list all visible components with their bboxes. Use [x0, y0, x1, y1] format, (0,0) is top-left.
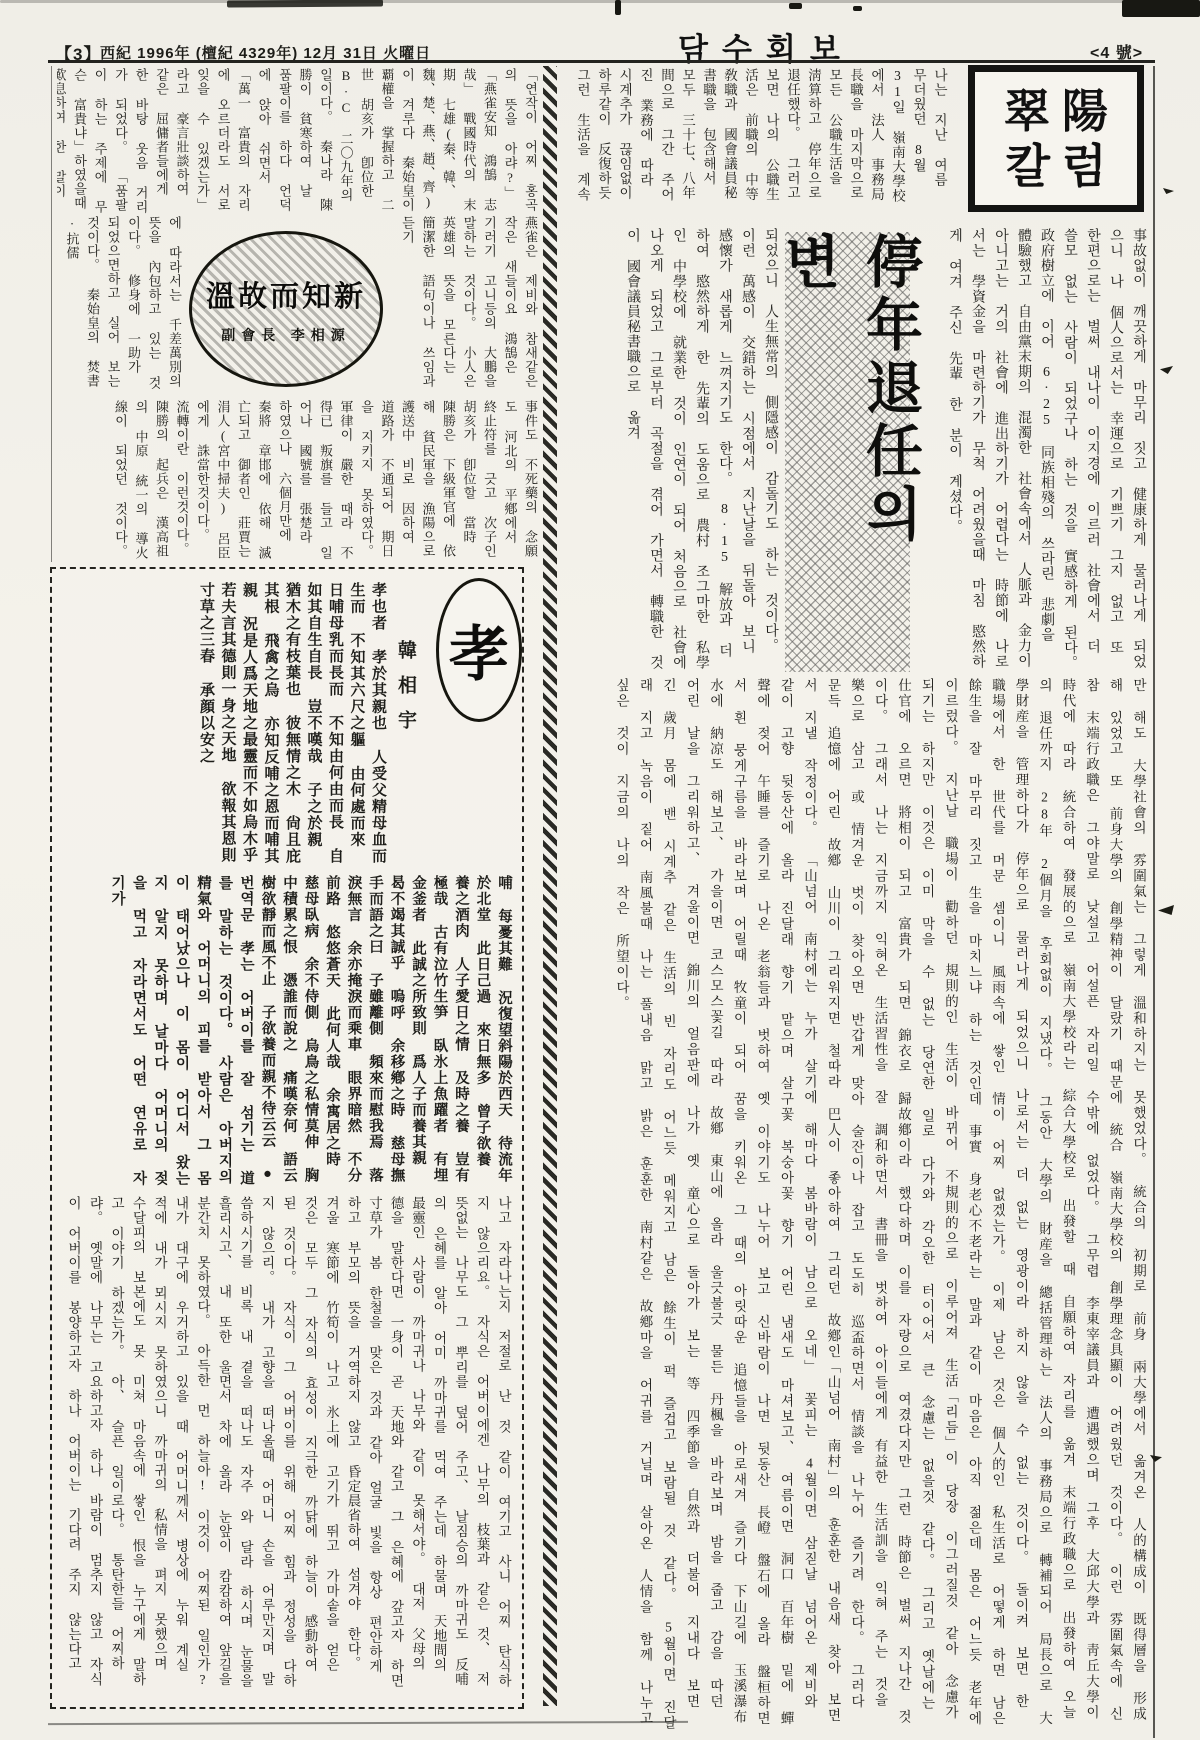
column-title-line2: 칼럼	[994, 139, 1119, 193]
column-title-line1: 翠陽	[992, 84, 1120, 138]
left-edge-rule	[51, 66, 52, 562]
yanque-deck-top: 「연작이 어찌 홍곡의 뜻을 아랴?」 「燕雀安知 鴻鵠 志哉」 戰國時代의 末…	[57, 68, 540, 214]
scan-mark	[1163, 188, 1174, 194]
column-divider-hatch	[543, 66, 557, 1706]
headline-block: 停年退任의 변	[785, 232, 910, 672]
article-headline: 停年退任의 변	[766, 232, 930, 672]
scan-smudge	[789, 3, 802, 9]
scan-smudge	[853, 6, 862, 11]
header-rule	[48, 60, 1155, 63]
hyo-title: 孝	[449, 607, 509, 693]
column-deck-4: 만 해도 大學社會의 雰圍氣는 그렇게 溫和하지는 못했었다。 統合의 初期로 …	[570, 678, 1150, 1735]
hyo-translation: 나고 자라나는지 저절로 난 것 같이 여기고 사니 어찌 탄식하지 않으리요。…	[62, 1196, 514, 1698]
motto-seal: 溫故而知新 副會長 李相源	[189, 231, 383, 387]
column-deck-1: 나는 지난 여름 무더웠던 8월 31일 嶺南大學校에서 法人 事務局長職을 마…	[570, 68, 950, 212]
column-deck-2: 事故없이 깨끗하게 마무리 짓고 健康하게 물러나게 되었으니 나 個人으로서는…	[915, 228, 1150, 672]
column-title-box: 翠陽 칼럼	[968, 65, 1144, 212]
hyo-classical-2: 哺 每憂其難 況復望斜陽於西天 待流年於北堂 此日己過 來日無多 曾子欲養 養之…	[62, 875, 514, 1190]
scan-mark	[1160, 366, 1173, 374]
newspaper-page: 【3】 西紀 1996年 (檀紀 4329年) 12月 31日 火曜日 담수회보…	[0, 0, 1200, 1740]
motto-text: 溫故而知新	[206, 274, 366, 315]
yanque-deck-left: 에 따라서는 千差萬別의 뜻을 內包하고 있는 것이다。 修身에 一助가 되었으…	[57, 216, 184, 396]
hyo-classical-1: 孝也者 孝於其親也 人受父精母血而生而 不知其六尺之軀 由何處而來 日哺母乳而長…	[62, 582, 388, 868]
hyo-byline: 韓相宇	[392, 640, 419, 800]
hyo-title-ellipse: 孝	[436, 578, 522, 722]
column-deck-3: 되었으니 人生無常의 側隱感이 감돌기도 하는 것이다。 이런 萬感이 交錯하는…	[570, 228, 782, 672]
scan-mark	[1150, 1455, 1162, 1462]
scan-smudge	[0, 0, 1200, 3]
right-edge-rule	[1153, 66, 1155, 1738]
yanque-deck-right: 燕雀은 제비와 참새같은 작은 새들이요 鴻鵠은 기러기 고니등의 大鵬을 말하…	[386, 216, 540, 396]
yanque-deck-bottom: 事件도 不死藥의 念願도 河北의 平鄕에서 終止符를 긋고 次子인 胡亥가 卽位…	[57, 400, 540, 560]
scan-mark	[1158, 905, 1174, 915]
motto-byline: 副會長 李相源	[221, 325, 351, 345]
